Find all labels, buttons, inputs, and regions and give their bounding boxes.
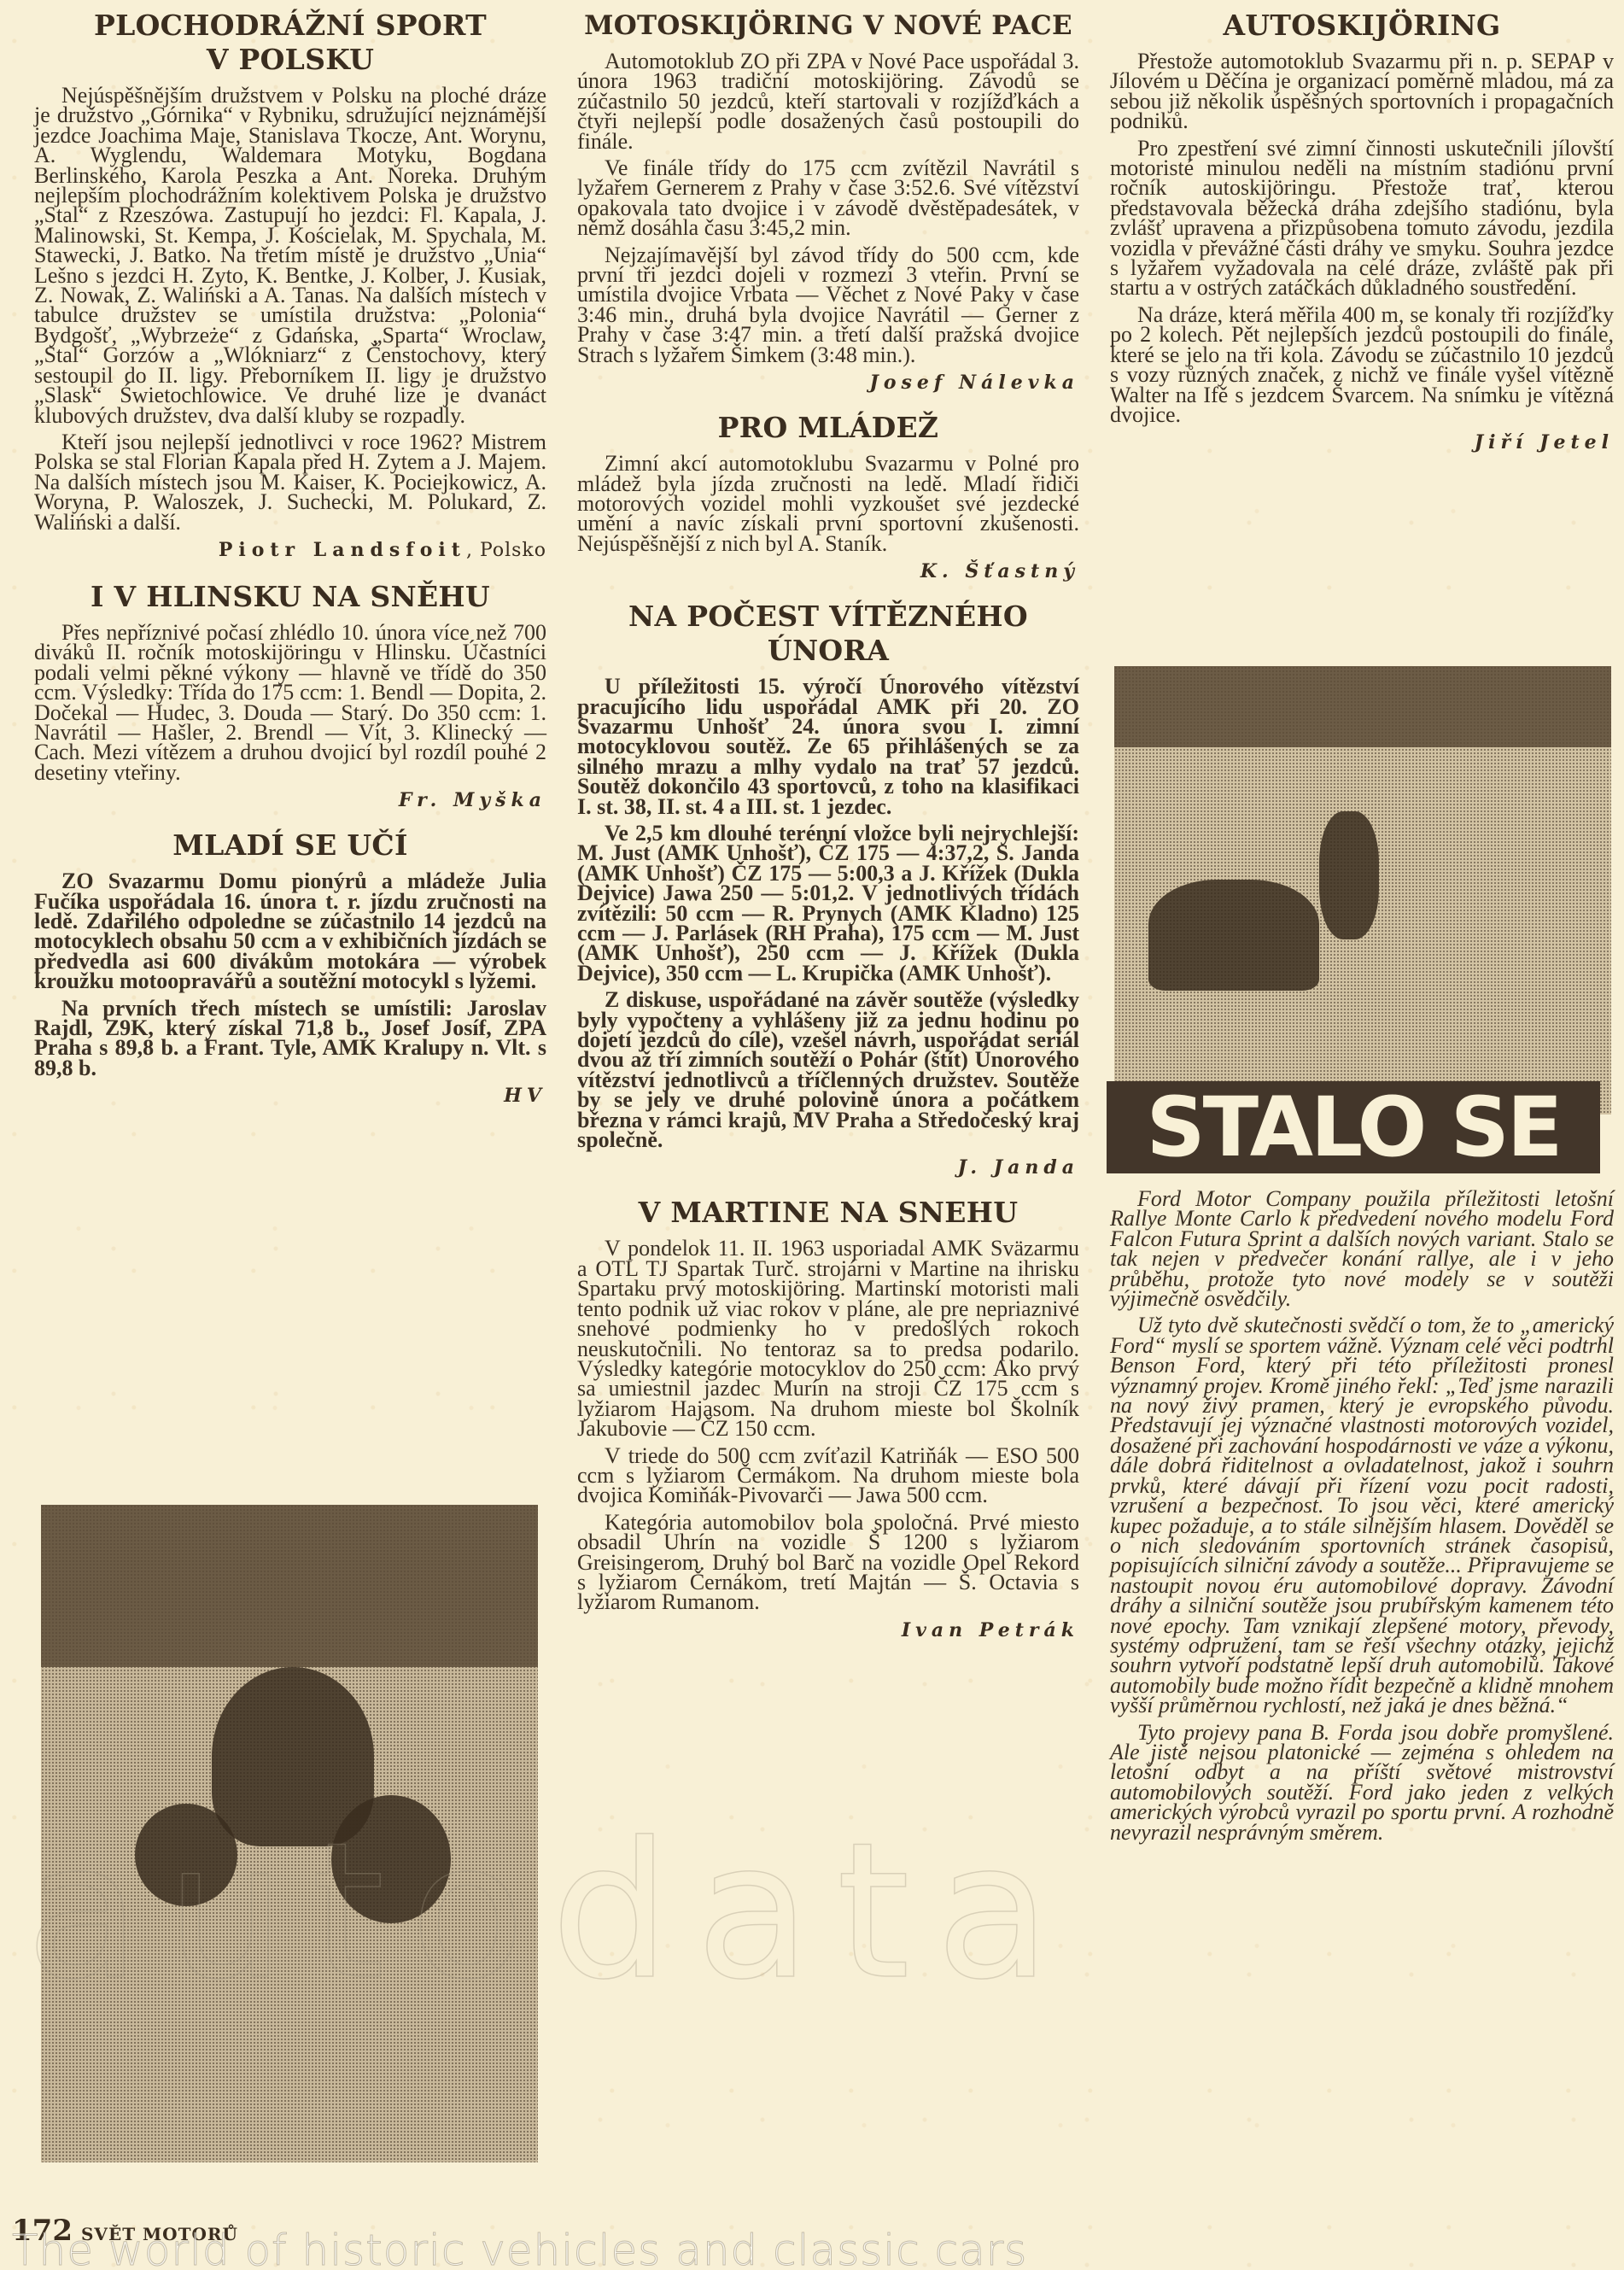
paragraph: Nejzajímavější byl závod třídy do 500 cc…	[577, 245, 1079, 365]
column-left: PLOCHODRÁŽNÍ SPORT V POLSKU Nejúspěšnějš…	[34, 9, 546, 1124]
paragraph: Na dráze, která měřila 400 m, se konaly …	[1110, 305, 1614, 424]
byline: K. Šťastný	[577, 560, 1079, 582]
paragraph: V pondelok 11. II. 1963 usporiadal AMK S…	[577, 1238, 1079, 1438]
article-v-martine: V MARTINE NA SNEHU V pondelok 11. II. 19…	[577, 1196, 1079, 1641]
byline: Jiří Jetel	[1110, 431, 1614, 453]
paragraph: V triede do 500 ccm zvíťazil Katriňák — …	[577, 1446, 1079, 1506]
rear-wheel-shape	[135, 1804, 237, 1906]
skier-shape	[1319, 811, 1379, 939]
byline: Ivan Petrák	[577, 1619, 1079, 1641]
column-middle: MOTOSKIJÖRING V NOVÉ PACE Automotoklub Z…	[577, 9, 1079, 1659]
magazine-page: PLOCHODRÁŽNÍ SPORT V POLSKU Nejúspěšnějš…	[0, 0, 1624, 2270]
article-stalo-se: Ford Motor Company použila příležitosti …	[1110, 1189, 1614, 1849]
motorcycle-photo	[41, 1505, 538, 2162]
headline: AUTOSKIJÖRING	[1110, 9, 1614, 43]
paragraph: U příležitosti 15. výročí Únorového vítě…	[577, 676, 1079, 816]
photo-background-trees	[1114, 666, 1611, 747]
stalo-se-banner: STALO SE	[1107, 1081, 1600, 1173]
paragraph: ZO Svazarmu Domu pionýrů a mládeže Julia…	[34, 871, 546, 991]
article-autoskijoring: AUTOSKIJÖRING Přestože automotoklub Svaz…	[1110, 9, 1614, 453]
paragraph: Na prvních třech místech se umístili: Ja…	[34, 998, 546, 1079]
byline: Piotr Landsfoit, Polsko	[34, 539, 546, 561]
car-photo	[1114, 666, 1611, 1115]
article-mladi-se-uci: MLADÍ SE UČÍ ZO Svazarmu Domu pionýrů a …	[34, 828, 546, 1107]
paragraph: Přestože automotoklub Svazarmu při n. p.…	[1110, 51, 1614, 132]
headline: PLOCHODRÁŽNÍ SPORT V POLSKU	[34, 9, 546, 77]
headline: MLADÍ SE UČÍ	[34, 828, 546, 863]
byline: Fr. Myška	[34, 789, 546, 811]
paragraph: Pro zpestření své zimní činnosti uskuteč…	[1110, 138, 1614, 298]
paragraph: Ford Motor Company použila příležitosti …	[1110, 1189, 1614, 1308]
byline: Josef Nálevka	[577, 372, 1079, 394]
paragraph: Tyto projevy pana B. Forda jsou dobře pr…	[1110, 1723, 1614, 1842]
car-shape	[1148, 880, 1319, 991]
paragraph: Kteří jsou nejlepší jednotlivci v roce 1…	[34, 432, 546, 532]
paragraph: Nejúspěšnějším družstvem v Polsku na plo…	[34, 85, 546, 425]
headline: PRO MLÁDEŽ	[577, 411, 1079, 445]
paragraph: Z diskuse, uspořádané na závěr soutěže (…	[577, 990, 1079, 1150]
article-na-pocest-unora: NA POČEST VÍTĚZNÉHO ÚNORA U příležitosti…	[577, 600, 1079, 1179]
article-nova-paka: MOTOSKIJÖRING V NOVÉ PACE Automotoklub Z…	[577, 9, 1079, 394]
byline: J. Janda	[577, 1156, 1079, 1179]
paragraph: Přes nepříznivé počasí zhlédlo 10. února…	[34, 623, 546, 782]
article-hlinsko: I V HLINSKU NA SNĚHU Přes nepříznivé poč…	[34, 580, 546, 811]
watermark-tagline: The world of historic vehicles and class…	[12, 2226, 1027, 2270]
paragraph: Už tyto dvě skutečnosti svědčí o tom, že…	[1110, 1315, 1614, 1715]
photo-background-spectators	[41, 1505, 538, 1667]
article-plochodrazni-sport: PLOCHODRÁŽNÍ SPORT V POLSKU Nejúspěšnějš…	[34, 9, 546, 561]
paragraph: Ve 2,5 km dlouhé terénní vložce byli nej…	[577, 823, 1079, 983]
headline: MOTOSKIJÖRING V NOVÉ PACE	[577, 9, 1079, 43]
headline: V MARTINE NA SNEHU	[577, 1196, 1079, 1230]
headline: I V HLINSKU NA SNĚHU	[34, 580, 546, 614]
article-pro-mladez: PRO MLÁDEŽ Zimní akcí automotoklubu Svaz…	[577, 411, 1079, 582]
paragraph: Zimní akcí automotoklubu Svazarmu v Poln…	[577, 453, 1079, 553]
byline: HV	[34, 1085, 546, 1107]
paragraph: Ve finále třídy do 175 ccm zvítězil Navr…	[577, 158, 1079, 238]
column-right: AUTOSKIJÖRING Přestože automotoklub Svaz…	[1110, 9, 1614, 471]
headline: NA POČEST VÍTĚZNÉHO ÚNORA	[577, 600, 1079, 668]
paragraph: Kategória automobilov bola spoločná. Prv…	[577, 1512, 1079, 1612]
paragraph: Automotoklub ZO při ZPA v Nové Pace uspo…	[577, 51, 1079, 151]
front-wheel-shape	[331, 1795, 451, 1923]
